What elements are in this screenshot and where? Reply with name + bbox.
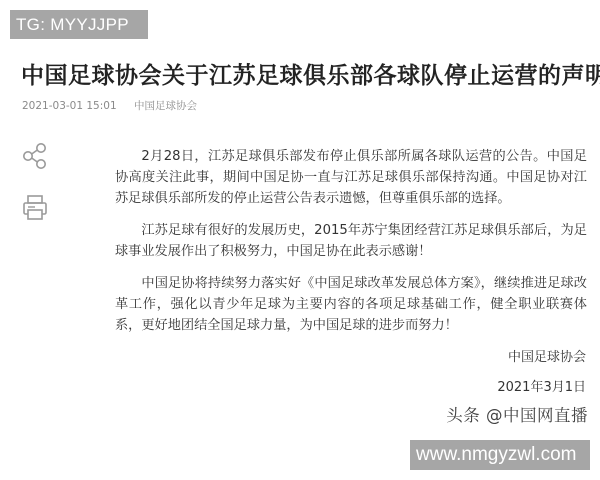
paragraph: 中国足协将持续努力落实好《中国足球改革发展总体方案》，继续推进足球改革工作，强化… bbox=[115, 273, 587, 336]
paragraph: 江苏足球有很好的发展历史，2015年苏宁集团经营江苏足球俱乐部后，为足球事业发展… bbox=[115, 220, 587, 262]
share-button[interactable] bbox=[22, 142, 48, 170]
article-tools bbox=[22, 142, 50, 222]
share-icon bbox=[22, 142, 48, 170]
print-icon bbox=[22, 194, 48, 222]
print-button[interactable] bbox=[22, 194, 48, 222]
toutiao-watermark: 头条 @中国网直播 bbox=[446, 402, 588, 426]
article-source[interactable]: 中国足球协会 bbox=[134, 100, 197, 112]
tg-watermark-badge: TG: MYYJJPP bbox=[10, 10, 148, 39]
paragraph: 2月28日，江苏足球俱乐部发布停止俱乐部所属各球队运营的公告。中国足协高度关注此… bbox=[115, 146, 587, 209]
article-body: 2月28日，江苏足球俱乐部发布停止俱乐部所属各球队运营的公告。中国足协高度关注此… bbox=[115, 146, 587, 347]
article-meta: 2021-03-01 15:01 中国足球协会 bbox=[22, 99, 197, 113]
signature-date: 2021年3月1日 bbox=[497, 376, 586, 395]
site-watermark-badge: www.nmgyzwl.com bbox=[410, 440, 590, 470]
article-page: TG: MYYJJPP 中国足球协会关于江苏足球俱乐部各球队停止运营的声明 20… bbox=[0, 0, 600, 480]
article-title: 中国足球协会关于江苏足球俱乐部各球队停止运营的声明 bbox=[21, 60, 591, 92]
signature-organization: 中国足球协会 bbox=[508, 346, 586, 365]
publish-datetime: 2021-03-01 15:01 bbox=[22, 100, 117, 112]
